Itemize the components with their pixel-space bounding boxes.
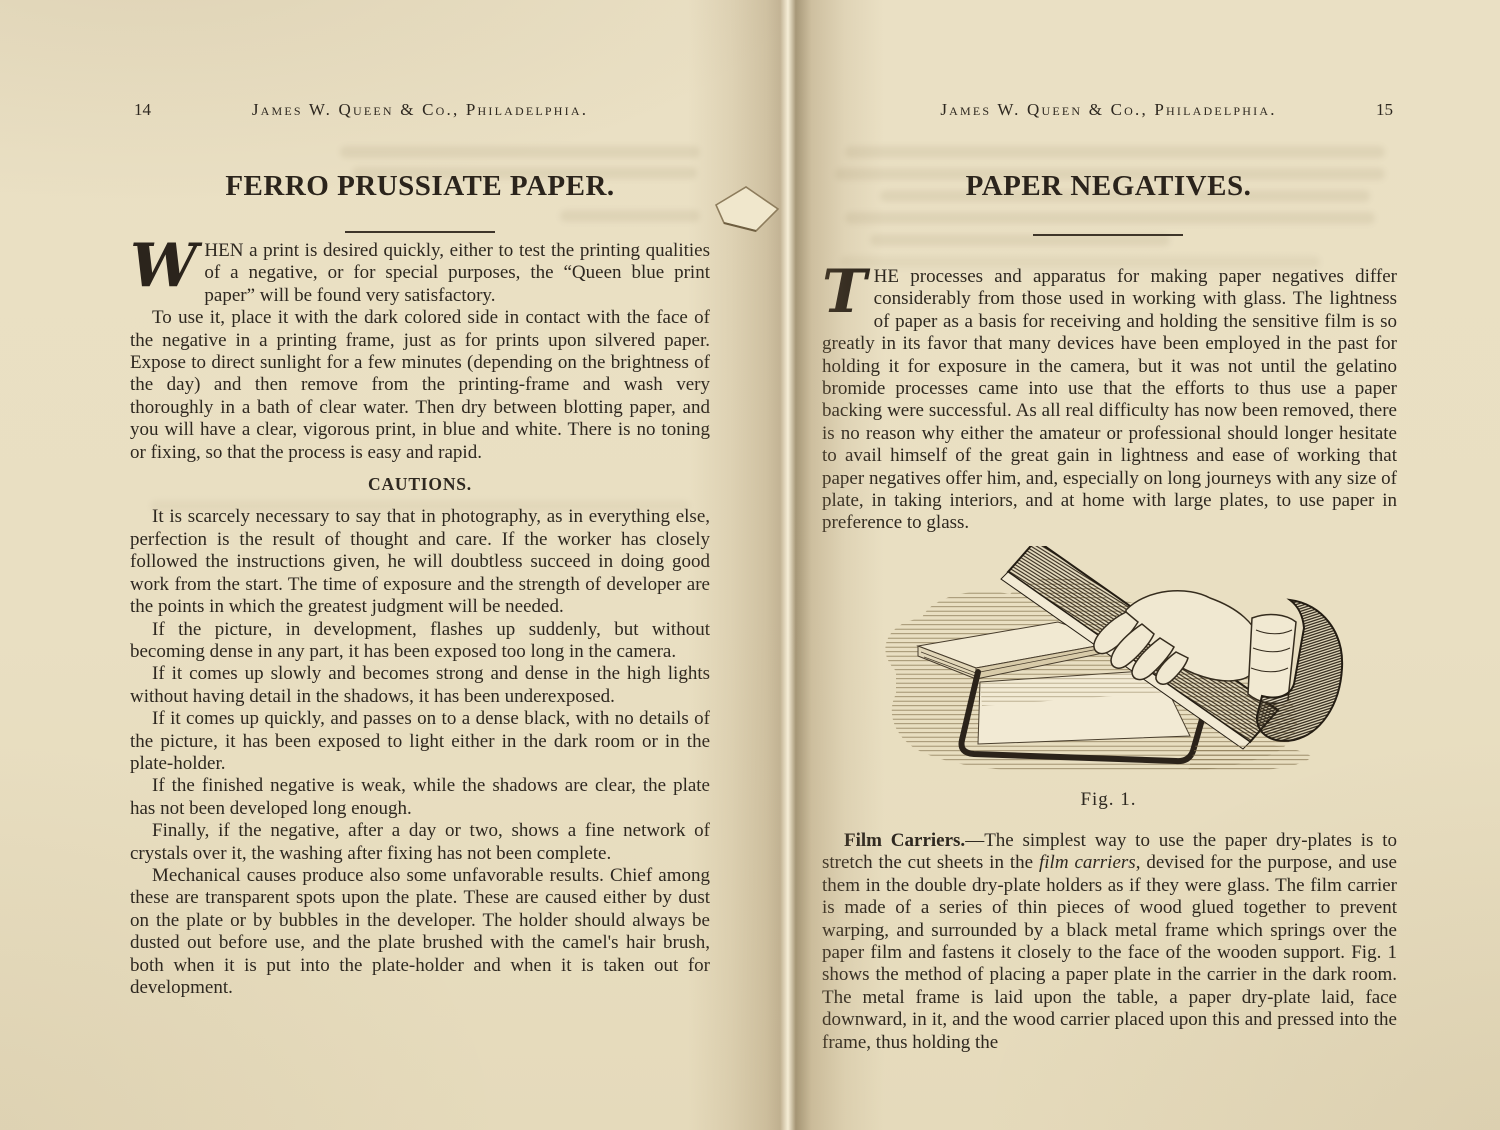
- running-header-left: 14 James W. Queen & Co., Philadelphia.: [130, 100, 710, 126]
- paragraph: If the finished negative is weak, while …: [130, 775, 710, 820]
- right-page-body-lower: Film Carriers.—The simplest way to use t…: [822, 830, 1397, 1054]
- paragraph: THE processes and apparatus for making p…: [822, 266, 1397, 535]
- title-rule-left: [345, 231, 495, 233]
- page-number-14: 14: [134, 100, 151, 120]
- title-rule-right: [1033, 234, 1183, 236]
- cautions-heading: CAUTIONS.: [130, 473, 710, 495]
- figure-1-caption: Fig. 1.: [822, 789, 1395, 811]
- paragraph: Film Carriers.—The simplest way to use t…: [822, 830, 1397, 1054]
- shirt-cuff: [1248, 615, 1296, 704]
- paragraph: If the picture, in development, flashes …: [130, 619, 710, 664]
- book-scan-spread: 14 James W. Queen & Co., Philadelphia. F…: [0, 0, 1500, 1130]
- running-header-right: James W. Queen & Co., Philadelphia. 15: [822, 100, 1395, 126]
- ghost-line: [560, 210, 700, 222]
- page-title-left: FERRO PRUSSIATE PAPER.: [130, 170, 710, 203]
- film-carriers-lead: Film Carriers.: [844, 830, 965, 851]
- page-title-right: PAPER NEGATIVES.: [822, 170, 1395, 203]
- film-carriers-italic: film carriers: [1039, 852, 1136, 873]
- torn-page-edge: [712, 183, 784, 235]
- ghost-line: [845, 146, 1385, 158]
- drop-cap-t: T: [822, 266, 874, 315]
- paragraph: Finally, if the negative, after a day or…: [130, 820, 710, 865]
- paragraph: If it comes up quickly, and passes on to…: [130, 708, 710, 775]
- paragraph: Mechanical causes produce also some unfa…: [130, 865, 710, 999]
- page-number-15: 15: [1376, 100, 1393, 120]
- paragraph: It is scarcely necessary to say that in …: [130, 506, 710, 618]
- ghost-line: [845, 212, 1375, 224]
- paragraph: WHEN a print is desired quickly, either …: [130, 240, 710, 307]
- paragraph-text: HEN a print is desired quickly, either t…: [204, 240, 710, 306]
- paragraph: If it comes up slowly and becomes strong…: [130, 663, 710, 708]
- drop-cap-w: W: [130, 240, 204, 289]
- running-header-text-right: James W. Queen & Co., Philadelphia.: [940, 100, 1276, 119]
- ghost-line: [340, 146, 700, 158]
- right-page-body-upper: THE processes and apparatus for making p…: [822, 266, 1397, 535]
- film-carriers-text: , devised for the purpose, and use them …: [822, 852, 1397, 1052]
- running-header-text-left: James W. Queen & Co., Philadelphia.: [252, 100, 588, 119]
- paragraph-text: HE processes and apparatus for making pa…: [822, 266, 1397, 533]
- foreground-shadow: [1188, 742, 1312, 772]
- paragraph: To use it, place it with the dark colore…: [130, 307, 710, 464]
- figure-1-engraving: [858, 546, 1358, 786]
- left-page-body: WHEN a print is desired quickly, either …: [130, 240, 710, 999]
